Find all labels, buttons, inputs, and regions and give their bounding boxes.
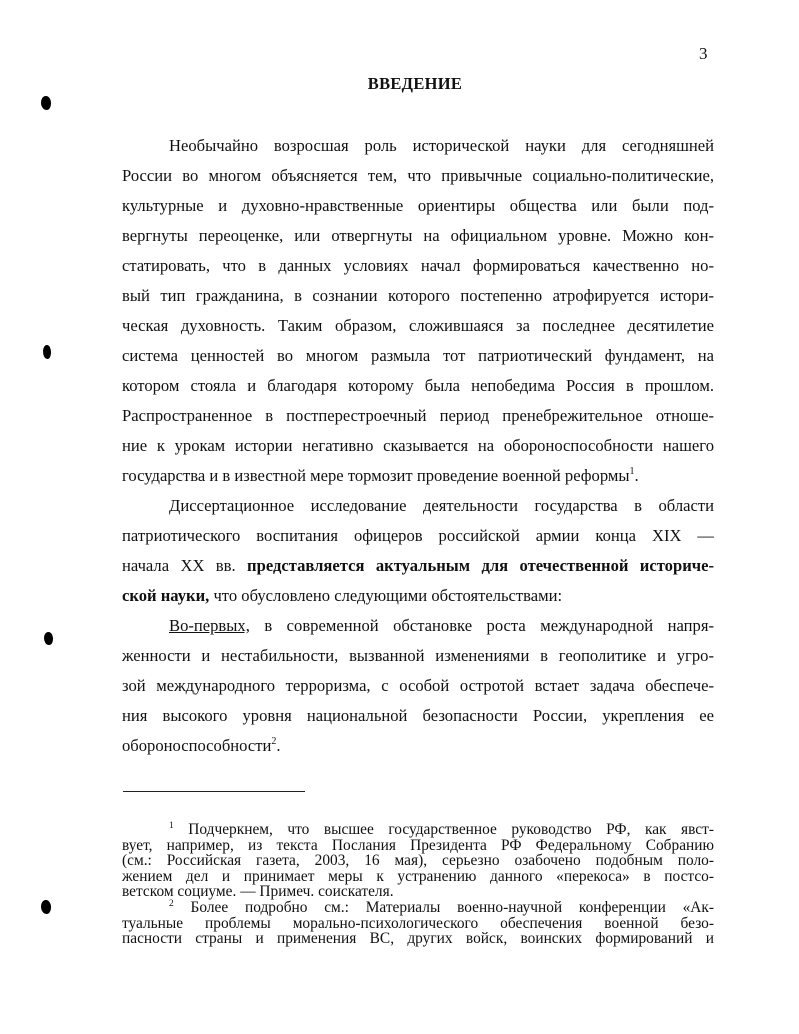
- paragraph-1: Необычайно возросшая роль исторической н…: [122, 131, 714, 491]
- footnote-separator: [123, 791, 305, 792]
- text-line: Во-первых, в современной обстановке рост…: [122, 611, 714, 641]
- footnote-2: 2 Более подробно см.: Материалы военно-н…: [122, 900, 714, 947]
- text-line: статировать, что в данных условиях начал…: [122, 251, 714, 281]
- footnote-line: туальные проблемы морально-психологическ…: [122, 916, 714, 932]
- text-line: ской науки, что обусловлено следующими о…: [122, 581, 714, 611]
- text-fragment: государства и в известной мере тормозит …: [122, 466, 630, 485]
- footnote-line: 1 Подчеркнем, что высшее государственное…: [122, 822, 714, 838]
- text-fragment: Подчеркнем, что высшее государственное р…: [188, 821, 714, 838]
- footnote-marker: 1: [169, 821, 174, 831]
- footnote-line: вует, например, из текста Послания Прези…: [122, 838, 714, 854]
- page-number: 3: [699, 44, 708, 64]
- text-fragment: .: [635, 466, 639, 485]
- footnote-1: 1 Подчеркнем, что высшее государственное…: [122, 822, 714, 900]
- text-fragment: что обусловлено следующими обстоятельств…: [213, 586, 562, 605]
- bold-emphasis: ской науки,: [122, 586, 209, 605]
- section-heading: ВВЕДЕНИЕ: [0, 74, 799, 94]
- binding-hole-mark: [43, 345, 51, 359]
- text-fragment: в современной обстановке роста междунаро…: [264, 616, 714, 635]
- text-line: России во многом объясняется тем, что пр…: [122, 161, 714, 191]
- binding-hole-mark: [41, 96, 51, 110]
- text-line: начала XX вв. представляется актуальным …: [122, 551, 714, 581]
- text-line: патриотического воспитания офицеров росс…: [122, 521, 714, 551]
- binding-hole-mark: [44, 632, 53, 645]
- footnote-line: (см.: Российская газета, 2003, 16 мая), …: [122, 853, 714, 869]
- text-fragment: начала XX вв.: [122, 556, 236, 575]
- paragraph-2: Диссертационное исследование деятельност…: [122, 491, 714, 611]
- text-line: культурные и духовно-нравственные ориент…: [122, 191, 714, 221]
- body-text: Необычайно возросшая роль исторической н…: [122, 131, 714, 761]
- text-line: обороноспособности2.: [122, 731, 714, 761]
- text-line: вергнуты переоценке, или отвергнуты на о…: [122, 221, 714, 251]
- paragraph-3: Во-первых, в современной обстановке рост…: [122, 611, 714, 761]
- underlined-term: Во-первых,: [169, 616, 250, 635]
- text-line: котором стояла и благодаря которому была…: [122, 371, 714, 401]
- text-line: вый тип гражданина, в сознании которого …: [122, 281, 714, 311]
- text-line: ние к урокам истории негативно сказывает…: [122, 431, 714, 461]
- footnote-line: ветском социуме. — Примеч. соискателя.: [122, 884, 714, 900]
- text-line: Необычайно возросшая роль исторической н…: [122, 131, 714, 161]
- text-line: Диссертационное исследование деятельност…: [122, 491, 714, 521]
- binding-hole-mark: [41, 900, 51, 914]
- footnote-line: пасности страны и применения ВС, других …: [122, 931, 714, 947]
- footnote-line: жением дел и принимает меры к устранению…: [122, 869, 714, 885]
- footnote-line: 2 Более подробно см.: Материалы военно-н…: [122, 900, 714, 916]
- text-line: ния высокого уровня национальной безопас…: [122, 701, 714, 731]
- text-line: ческая духовность. Таким образом, сложив…: [122, 311, 714, 341]
- text-line: система ценностей во многом размыла тот …: [122, 341, 714, 371]
- bold-emphasis: представляется актуальным для отечествен…: [247, 556, 714, 575]
- text-fragment: Более подробно см.: Материалы военно-нау…: [191, 899, 714, 916]
- text-fragment: обороноспособности: [122, 736, 271, 755]
- text-line: зой международного терроризма, с особой …: [122, 671, 714, 701]
- text-line: женности и нестабильности, вызванной изм…: [122, 641, 714, 671]
- text-line: Распространенное в постперестроечный пер…: [122, 401, 714, 431]
- text-line: государства и в известной мере тормозит …: [122, 461, 714, 491]
- footnotes: 1 Подчеркнем, что высшее государственное…: [122, 822, 714, 947]
- footnote-marker: 2: [169, 899, 174, 909]
- text-fragment: .: [276, 736, 280, 755]
